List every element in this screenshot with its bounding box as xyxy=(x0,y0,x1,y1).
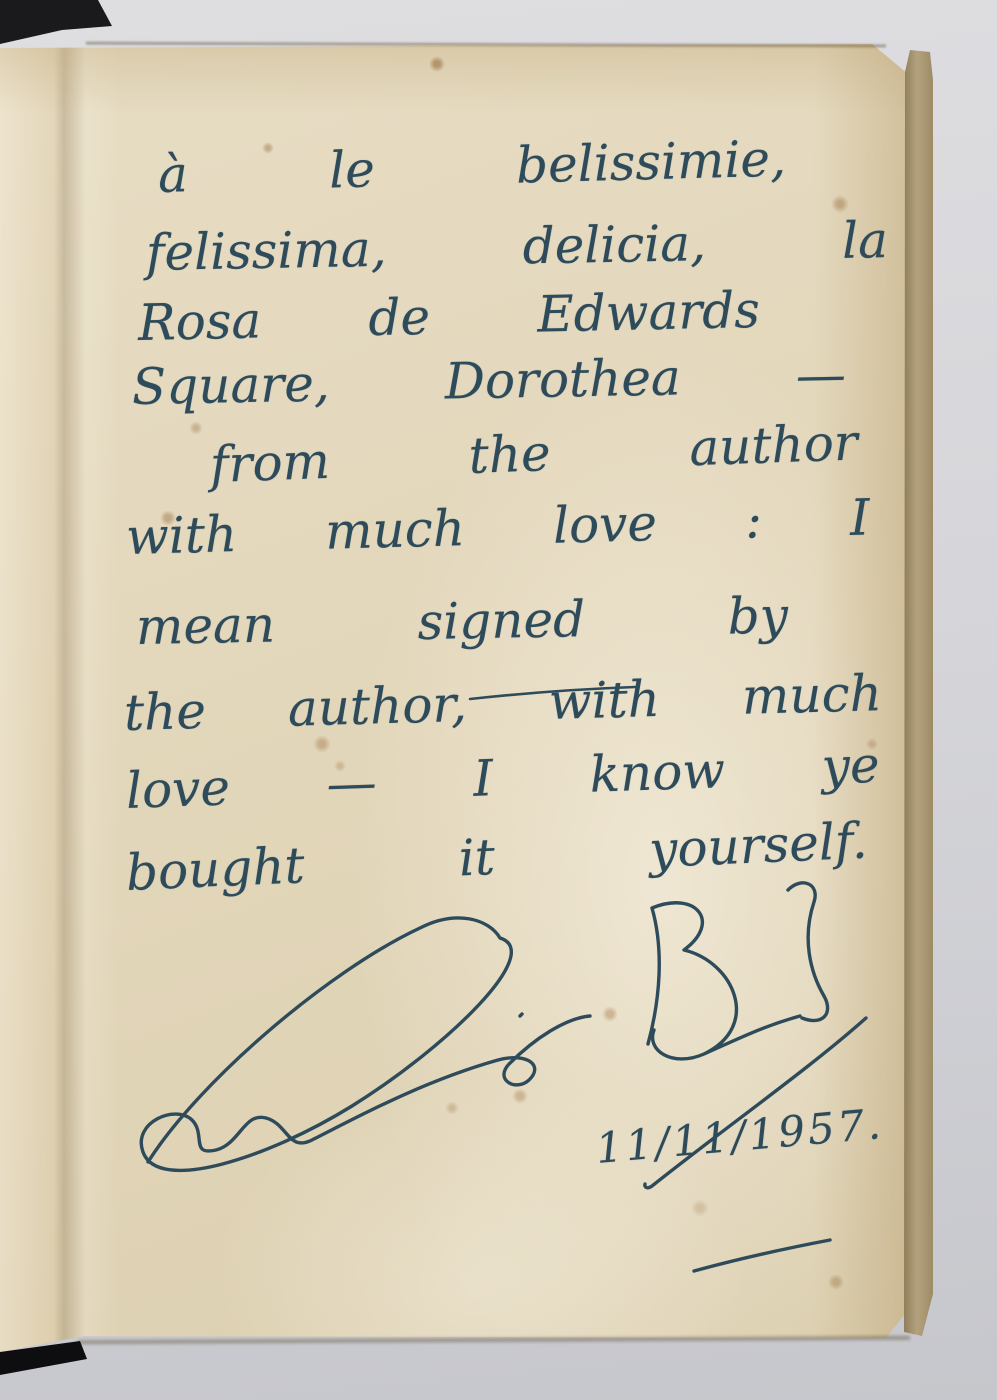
date-dash-stroke xyxy=(694,1240,830,1271)
ink-strokes xyxy=(0,0,997,1400)
photo-of-inscribed-book-endpaper: àlebelissimie, felissima,delicia,la Rosa… xyxy=(0,0,997,1400)
signed-underline-stroke xyxy=(470,687,635,699)
